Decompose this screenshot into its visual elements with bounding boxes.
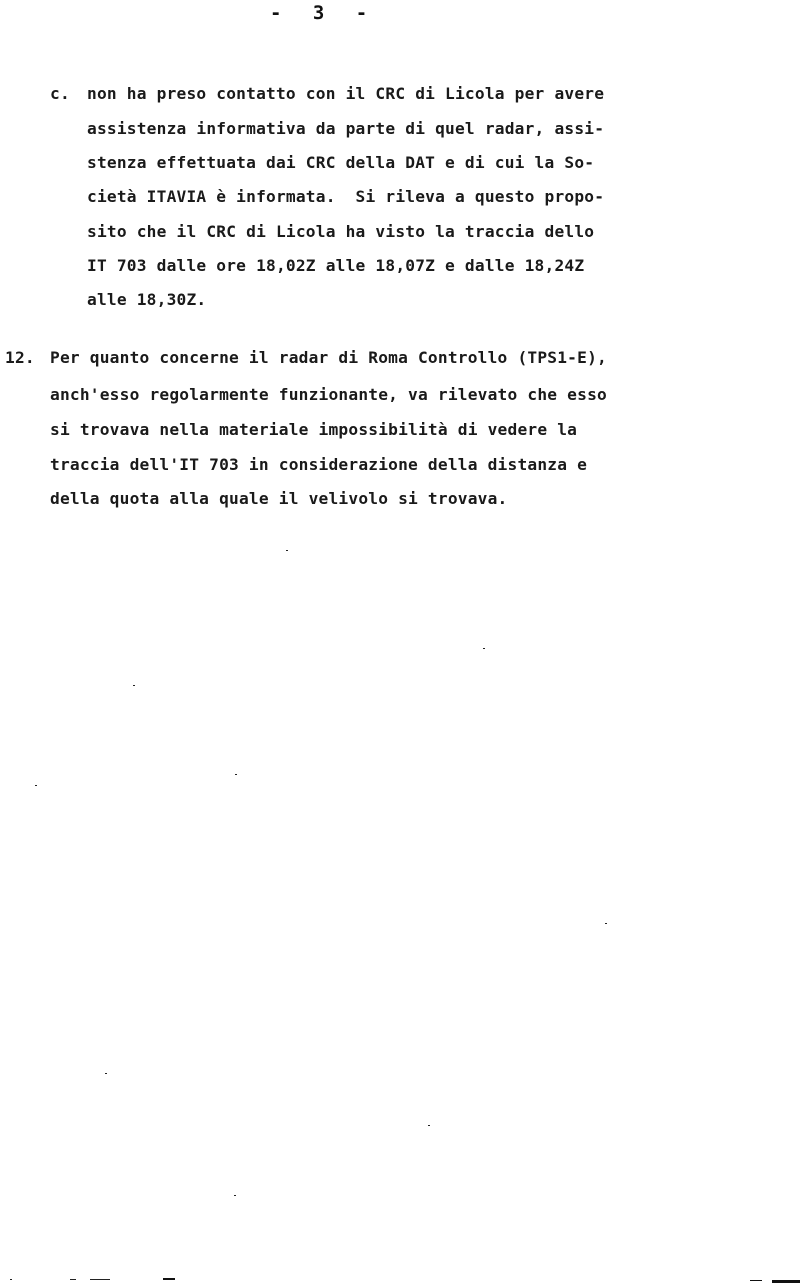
item-c-line: non ha preso contatto con il CRC di Lico… [87,84,604,103]
scan-mark [750,1280,762,1281]
scan-speck [35,785,37,786]
scan-speck [90,1279,110,1280]
scan-speck [10,1279,12,1280]
scan-mark [772,1280,800,1283]
scan-speck [105,1073,107,1074]
item-c-line: stenza effettuata dai CRC della DAT e di… [87,153,594,172]
item-12-marker: 12. [5,348,35,367]
scan-speck [605,923,607,924]
item-c-line: sito che il CRC di Licola ha visto la tr… [87,222,594,241]
scan-speck [133,685,135,686]
scan-speck [286,550,288,551]
page-number: - 3 - [270,2,377,24]
item-12-line: Per quanto concerne il radar di Roma Con… [50,348,607,367]
item-c-line: cietà ITAVIA è informata. Si rileva a qu… [87,187,604,206]
item-c-line: assistenza informativa da parte di quel … [87,119,604,138]
item-12-line: si trovava nella materiale impossibilità… [50,420,577,439]
item-c-line: IT 703 dalle ore 18,02Z alle 18,07Z e da… [87,256,584,275]
scan-speck [70,1279,76,1280]
item-12-line: della quota alla quale il velivolo si tr… [50,489,508,508]
scan-speck [234,1195,236,1196]
scan-speck [428,1125,430,1126]
scan-mark [163,1278,175,1280]
scan-speck [235,774,237,775]
item-c-line: alle 18,30Z. [87,290,206,309]
item-c-marker: c. [50,84,70,103]
scan-speck [483,648,485,649]
item-12-line: anch'esso regolarmente funzionante, va r… [50,385,607,404]
item-12-line: traccia dell'IT 703 in considerazione de… [50,455,587,474]
